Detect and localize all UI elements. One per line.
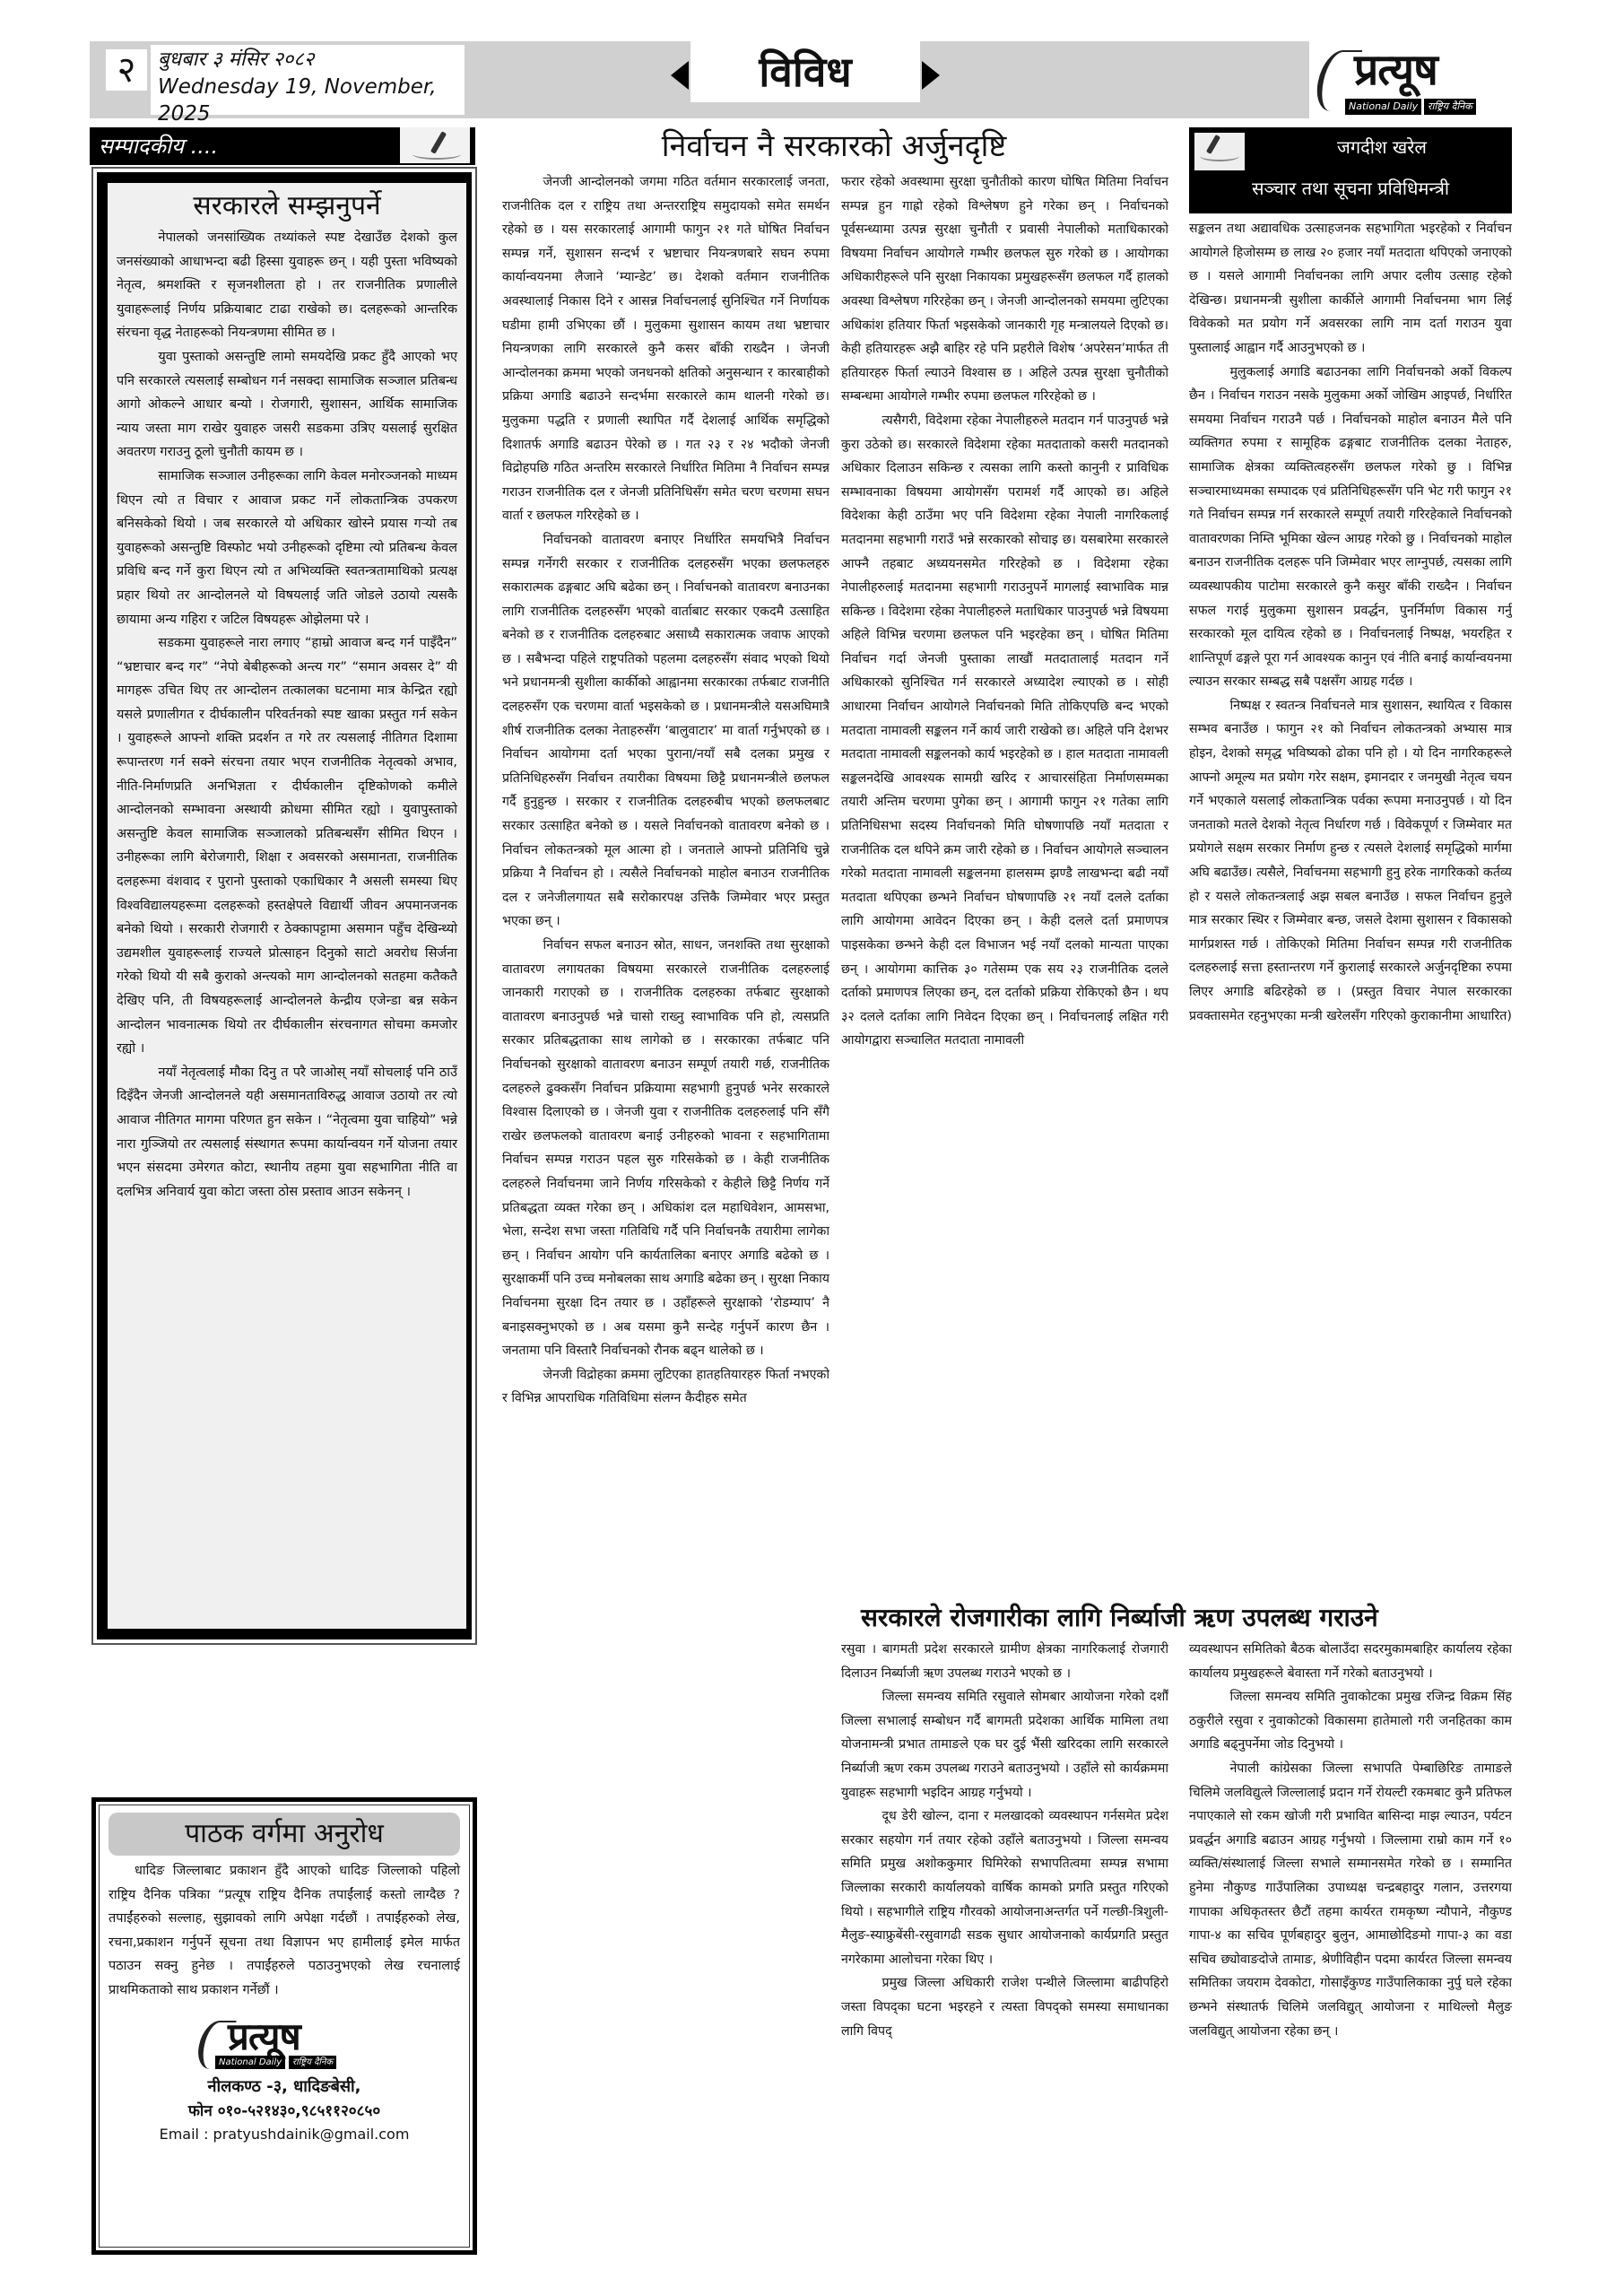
- article-paragraph: त्यसैगरी, विदेशमा रहेका नेपालीहरुले मतदा…: [841, 409, 1168, 1053]
- second-article-headline: सरकारले रोजगारीका लागि निर्ब्याजी ऋण उपल…: [843, 1600, 1542, 1636]
- logo-wordmark: प्रत्यूष: [1354, 45, 1437, 95]
- section-title: विविध: [690, 41, 920, 102]
- article-paragraph: रसुवा । बागमती प्रदेश सरकारले ग्रामीण क्…: [841, 1638, 1168, 1685]
- pen-icon: [400, 127, 470, 163]
- article-headline: निर्वाचन नै सरकारको अर्जुनदृष्टि: [502, 126, 1166, 167]
- logo-wordmark: प्रत्यूष: [228, 2015, 300, 2058]
- article-paragraph: दूध डेरी खोल्न, दाना र मलखादको व्यवस्थाप…: [841, 1805, 1168, 1971]
- editorial-paragraph: सडकमा युवाहरूले नारा लगाए “हाम्रो आवाज ब…: [117, 631, 457, 1061]
- article-paragraph: निष्पक्ष र स्वतन्त्र निर्वाचनले मात्र सु…: [1189, 694, 1512, 1028]
- newspaper-logo: प्रत्यूष National Daily राष्ट्रिय दैनिक: [1318, 45, 1507, 117]
- byline-box: जगदीश खरेल सञ्चार तथा सूचना प्रविधिमन्त्…: [1189, 127, 1512, 213]
- byline-name: जगदीश खरेल: [1252, 135, 1512, 160]
- byline-title: सञ्चार तथा सूचना प्रविधिमन्त्री: [1189, 174, 1512, 203]
- editorial-body: नेपालको जनसांख्यिक तथ्यांकले स्पष्ट देखा…: [117, 226, 457, 1204]
- article-paragraph: निर्वाचनको वातावरण बनाएर निर्धारित समयभि…: [502, 528, 829, 934]
- article-paragraph: जिल्ला समन्वय समिति रसुवाले सोमबार आयोजन…: [841, 1685, 1168, 1805]
- logo-tag-nepali: राष्ट्रिय दैनिक: [289, 2056, 336, 2069]
- page-number: २: [106, 49, 147, 91]
- article-paragraph: नेपाली कांग्रेसका जिल्ला सभापति पेम्बाछि…: [1189, 1757, 1512, 2043]
- article-paragraph: निर्वाचन सफल बनाउन स्रोत, साधन, जनशक्ति …: [502, 934, 829, 1363]
- logo-tag-english: National Daily: [215, 2056, 285, 2069]
- next-section-arrow-icon[interactable]: [922, 61, 940, 90]
- pen-icon: [1194, 133, 1245, 170]
- article-paragraph: फरार रहेको अवस्थामा सुरक्षा चुनौतीको कार…: [841, 170, 1168, 409]
- article-paragraph: जिल्ला समन्वय समिति नुवाकोटका प्रमुख रजि…: [1189, 1685, 1512, 1757]
- editorial-paragraph: नयाँ नेतृत्वलाई मौका दिनु त परै जाओस् नय…: [117, 1061, 457, 1205]
- editorial-paragraph: सामाजिक सञ्जाल उनीहरूका लागि केवल मनोरञ्…: [117, 465, 457, 631]
- editorial-label: सम्पादकीय ....: [99, 131, 218, 161]
- logo-tag-english: National Daily: [1345, 99, 1421, 115]
- article-paragraph: जेनजी विद्रोहका क्रममा लुटिएका हातहतियार…: [502, 1363, 829, 1411]
- editorial-paragraph: युवा पुस्ताको असन्तुष्टि लामो समयदेखि प्…: [117, 345, 457, 465]
- reader-request-body: धादिङ जिल्लाबाट प्रकाशन हुँदै आएको धादिङ…: [109, 1859, 460, 2003]
- second-article-column-2: व्यवस्थापन समितिको बैठक बोलाउँदा सदरमुका…: [1189, 1638, 1512, 2269]
- editorial-title: सरकारले सम्झनुपर्ने: [117, 188, 457, 224]
- date-nepali: बुधबार ३ मंसिर २०८२: [158, 47, 465, 74]
- article-paragraph: प्रमुख जिल्ला अधिकारी राजेश पन्थीले जिल्…: [841, 1971, 1168, 2043]
- reader-request-title: पाठक वर्गमा अनुरोध: [109, 1813, 460, 1856]
- publisher-email[interactable]: Email : pratyushdainik@gmail.com: [109, 2123, 460, 2146]
- article-column-2: फरार रहेको अवस्थामा सुरक्षा चुनौतीको कार…: [841, 170, 1168, 1596]
- second-article-column-1: रसुवा । बागमती प्रदेश सरकारले ग्रामीण क्…: [841, 1638, 1168, 2269]
- article-paragraph: व्यवस्थापन समितिको बैठक बोलाउँदा सदरमुका…: [1189, 1638, 1512, 1685]
- article-paragraph: जेनजी आन्दोलनको जगमा गठित वर्तमान सरकारल…: [502, 170, 829, 528]
- section-header: विविध: [671, 41, 940, 118]
- prev-section-arrow-icon[interactable]: [671, 61, 689, 90]
- editorial-band: सम्पादकीय ....: [90, 127, 475, 165]
- publisher-phone: फोन ०१०-५२१४३०,९८५११२०८५०: [109, 2100, 460, 2123]
- article-column-1: जेनजी आन्दोलनको जगमा गठित वर्तमान सरकारल…: [502, 170, 829, 2269]
- article-paragraph: सङ्कलन तथा अद्यावधिक उत्साहजनक सहभागिता …: [1189, 217, 1512, 361]
- article-column-3: सङ्कलन तथा अद्यावधिक उत्साहजनक सहभागिता …: [1189, 217, 1512, 1589]
- reader-request-box: पाठक वर्गमा अनुरोध धादिङ जिल्लाबाट प्रका…: [91, 1797, 477, 2255]
- article-paragraph: मुलुकलाई अगाडि बढाउनका लागि निर्वाचनको अ…: [1189, 361, 1512, 694]
- logo-tag-nepali: राष्ट्रिय दैनिक: [1424, 99, 1476, 115]
- publisher-address: नीलकण्ठ -३, धादिङबेसी,: [109, 2074, 460, 2100]
- date-box: बुधबार ३ मंसिर २०८२ Wednesday 19, Novemb…: [151, 45, 465, 115]
- reader-request-paragraph: धादिङ जिल्लाबाट प्रकाशन हुँदै आएको धादिङ…: [109, 1859, 460, 2003]
- editorial-paragraph: नेपालको जनसांख्यिक तथ्यांकले स्पष्ट देखा…: [117, 226, 457, 345]
- editorial-box: सरकारले सम्झनुपर्ने नेपालको जनसांख्यिक त…: [91, 167, 477, 1645]
- footer-logo: प्रत्यूष National Daily राष्ट्रिय दैनिक: [199, 2015, 369, 2071]
- date-english: Wednesday 19, November, 2025: [158, 74, 465, 127]
